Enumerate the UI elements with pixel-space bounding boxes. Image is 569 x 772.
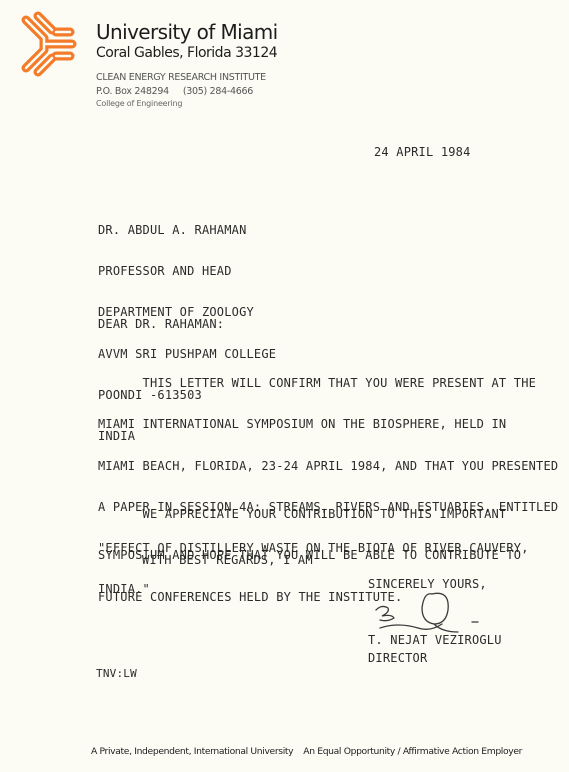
paragraph-line: This letter will confirm that you were p… bbox=[98, 377, 558, 394]
institute-name: CLEAN ENERGY RESEARCH INSTITUTE bbox=[96, 73, 266, 83]
letter-page: University of Miami Coral Gables, Florid… bbox=[0, 0, 569, 772]
phone-number: (305) 284-4666 bbox=[183, 86, 253, 97]
recipient-name: Dr. Abdul A. Rahaman bbox=[98, 224, 276, 241]
letter-date: 24 April 1984 bbox=[374, 146, 471, 158]
paragraph-line: Miami International Symposium on the Bio… bbox=[98, 418, 558, 435]
signature-icon bbox=[368, 588, 498, 638]
university-address: Coral Gables, Florida 33124 bbox=[96, 46, 277, 60]
signer-title: Director bbox=[368, 652, 427, 664]
footer-right: An Equal Opportunity / Affirmative Actio… bbox=[303, 746, 522, 757]
paragraph-line: We appreciate your contribution to this … bbox=[98, 508, 521, 525]
closing-line: With best regards, I am bbox=[142, 554, 313, 566]
reference-initials: TNV:lw bbox=[96, 668, 137, 679]
university-name: University of Miami bbox=[96, 22, 278, 42]
paragraph-line: Miami Beach, Florida, 23-24 April 1984, … bbox=[98, 460, 558, 477]
salutation: Dear Dr. Rahaman: bbox=[98, 318, 224, 330]
university-logo-icon bbox=[16, 10, 82, 78]
footer-left: A Private, Independent, International Un… bbox=[91, 746, 293, 757]
recipient-title: Professor and Head bbox=[98, 265, 276, 282]
po-box: P.O. Box 248294 bbox=[96, 86, 169, 97]
letterhead-footer: A Private, Independent, International Un… bbox=[91, 747, 522, 756]
contact-line: P.O. Box 248294(305) 284-4666 bbox=[96, 87, 253, 97]
signer-name: T. Nejat Veziroglu bbox=[368, 634, 502, 646]
college-name: College of Engineering bbox=[96, 100, 182, 108]
